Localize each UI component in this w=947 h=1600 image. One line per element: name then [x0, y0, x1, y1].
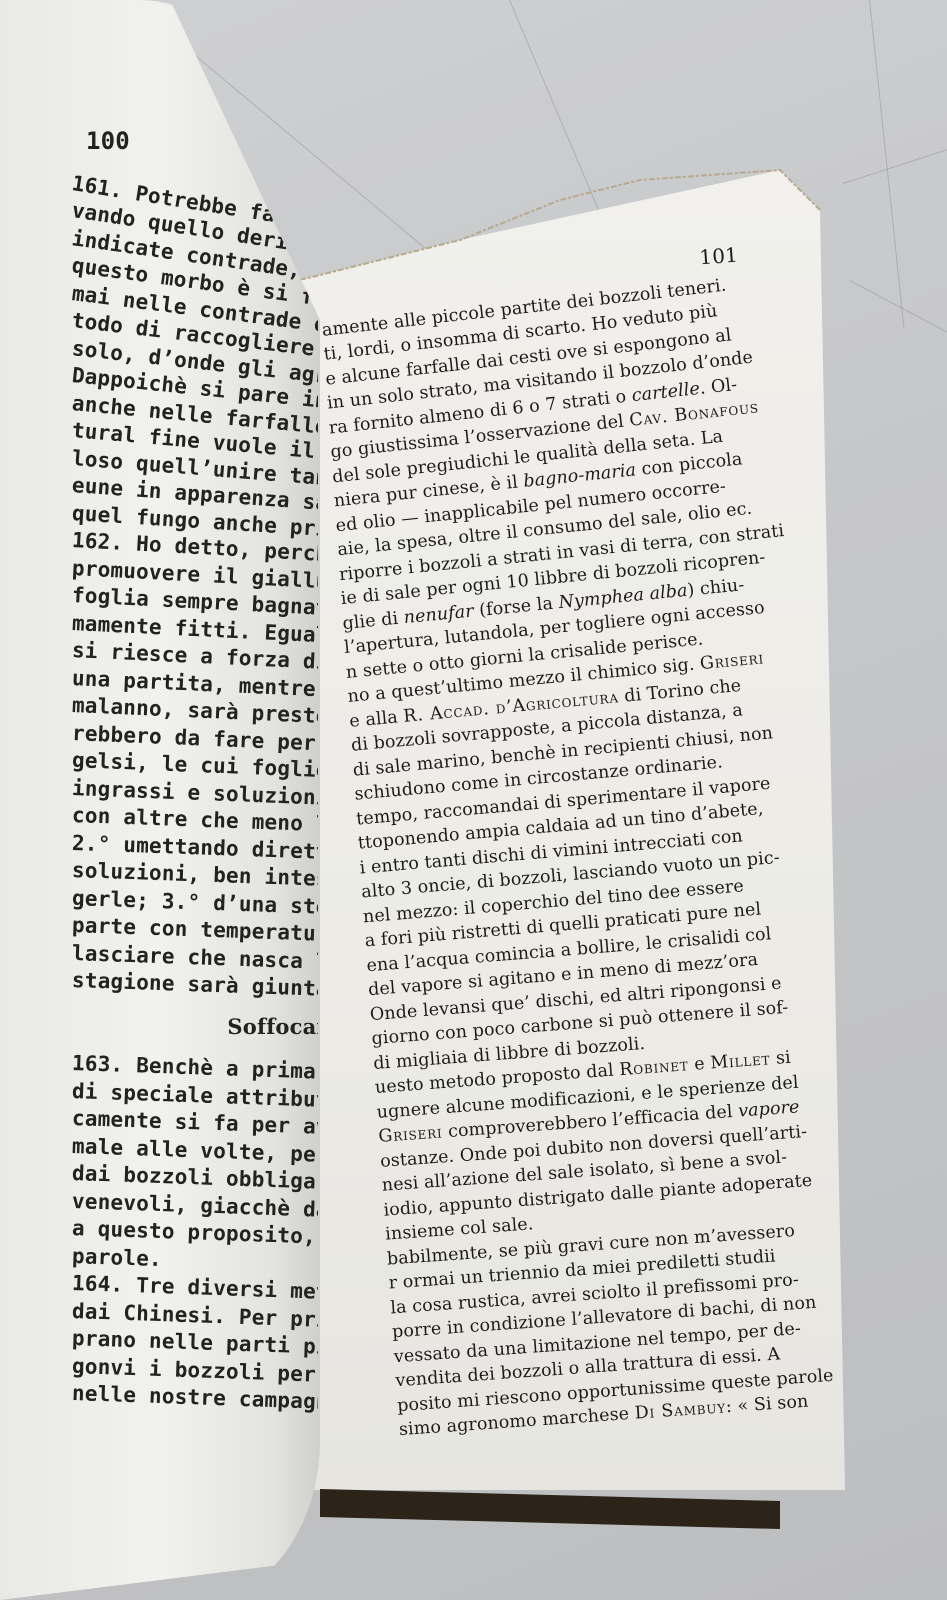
proper-name: Robinet — [619, 1055, 690, 1080]
left-page-body: 161. Potrebbe farsi anchevando quello de… — [72, 170, 318, 995]
text-run: e alla — [349, 706, 405, 731]
text-run: . Ol- — [699, 374, 738, 398]
tile-joint — [509, 0, 600, 212]
proper-name: Griseri — [699, 648, 765, 674]
proper-name: Griseri — [378, 1122, 443, 1146]
proper-name: Millet — [710, 1049, 771, 1073]
right-page-text: 101 amente alle piccole partite dei bozz… — [318, 241, 849, 1443]
page-number-left: 100 — [86, 128, 318, 156]
italic-term: vapore — [738, 1097, 801, 1121]
tile-joint — [850, 280, 947, 333]
left-page-body-2: 163. Benchè a prima gidi speciale attrib… — [72, 1050, 318, 1408]
text-run: e — [688, 1054, 711, 1076]
proper-name: Di Sambuy — [634, 1397, 727, 1423]
left-page: 100 161. Potrebbe farsi anchevando quell… — [0, 0, 320, 1600]
text-run: si — [770, 1048, 792, 1069]
tile-joint — [843, 149, 947, 184]
section-heading: Soffocamento — [72, 1013, 318, 1041]
right-page-body: amente alle piccole partite dei bozzoli … — [321, 287, 849, 1443]
text-run: ) chiu- — [687, 575, 746, 600]
text-run: : « Si son — [725, 1392, 809, 1418]
left-page-clip: 100 161. Potrebbe farsi anchevando quell… — [0, 0, 318, 1600]
book-shadow — [320, 1489, 780, 1529]
left-page-text: 100 161. Potrebbe farsi anchevando quell… — [72, 128, 318, 1408]
text-run: glie di — [342, 608, 405, 634]
